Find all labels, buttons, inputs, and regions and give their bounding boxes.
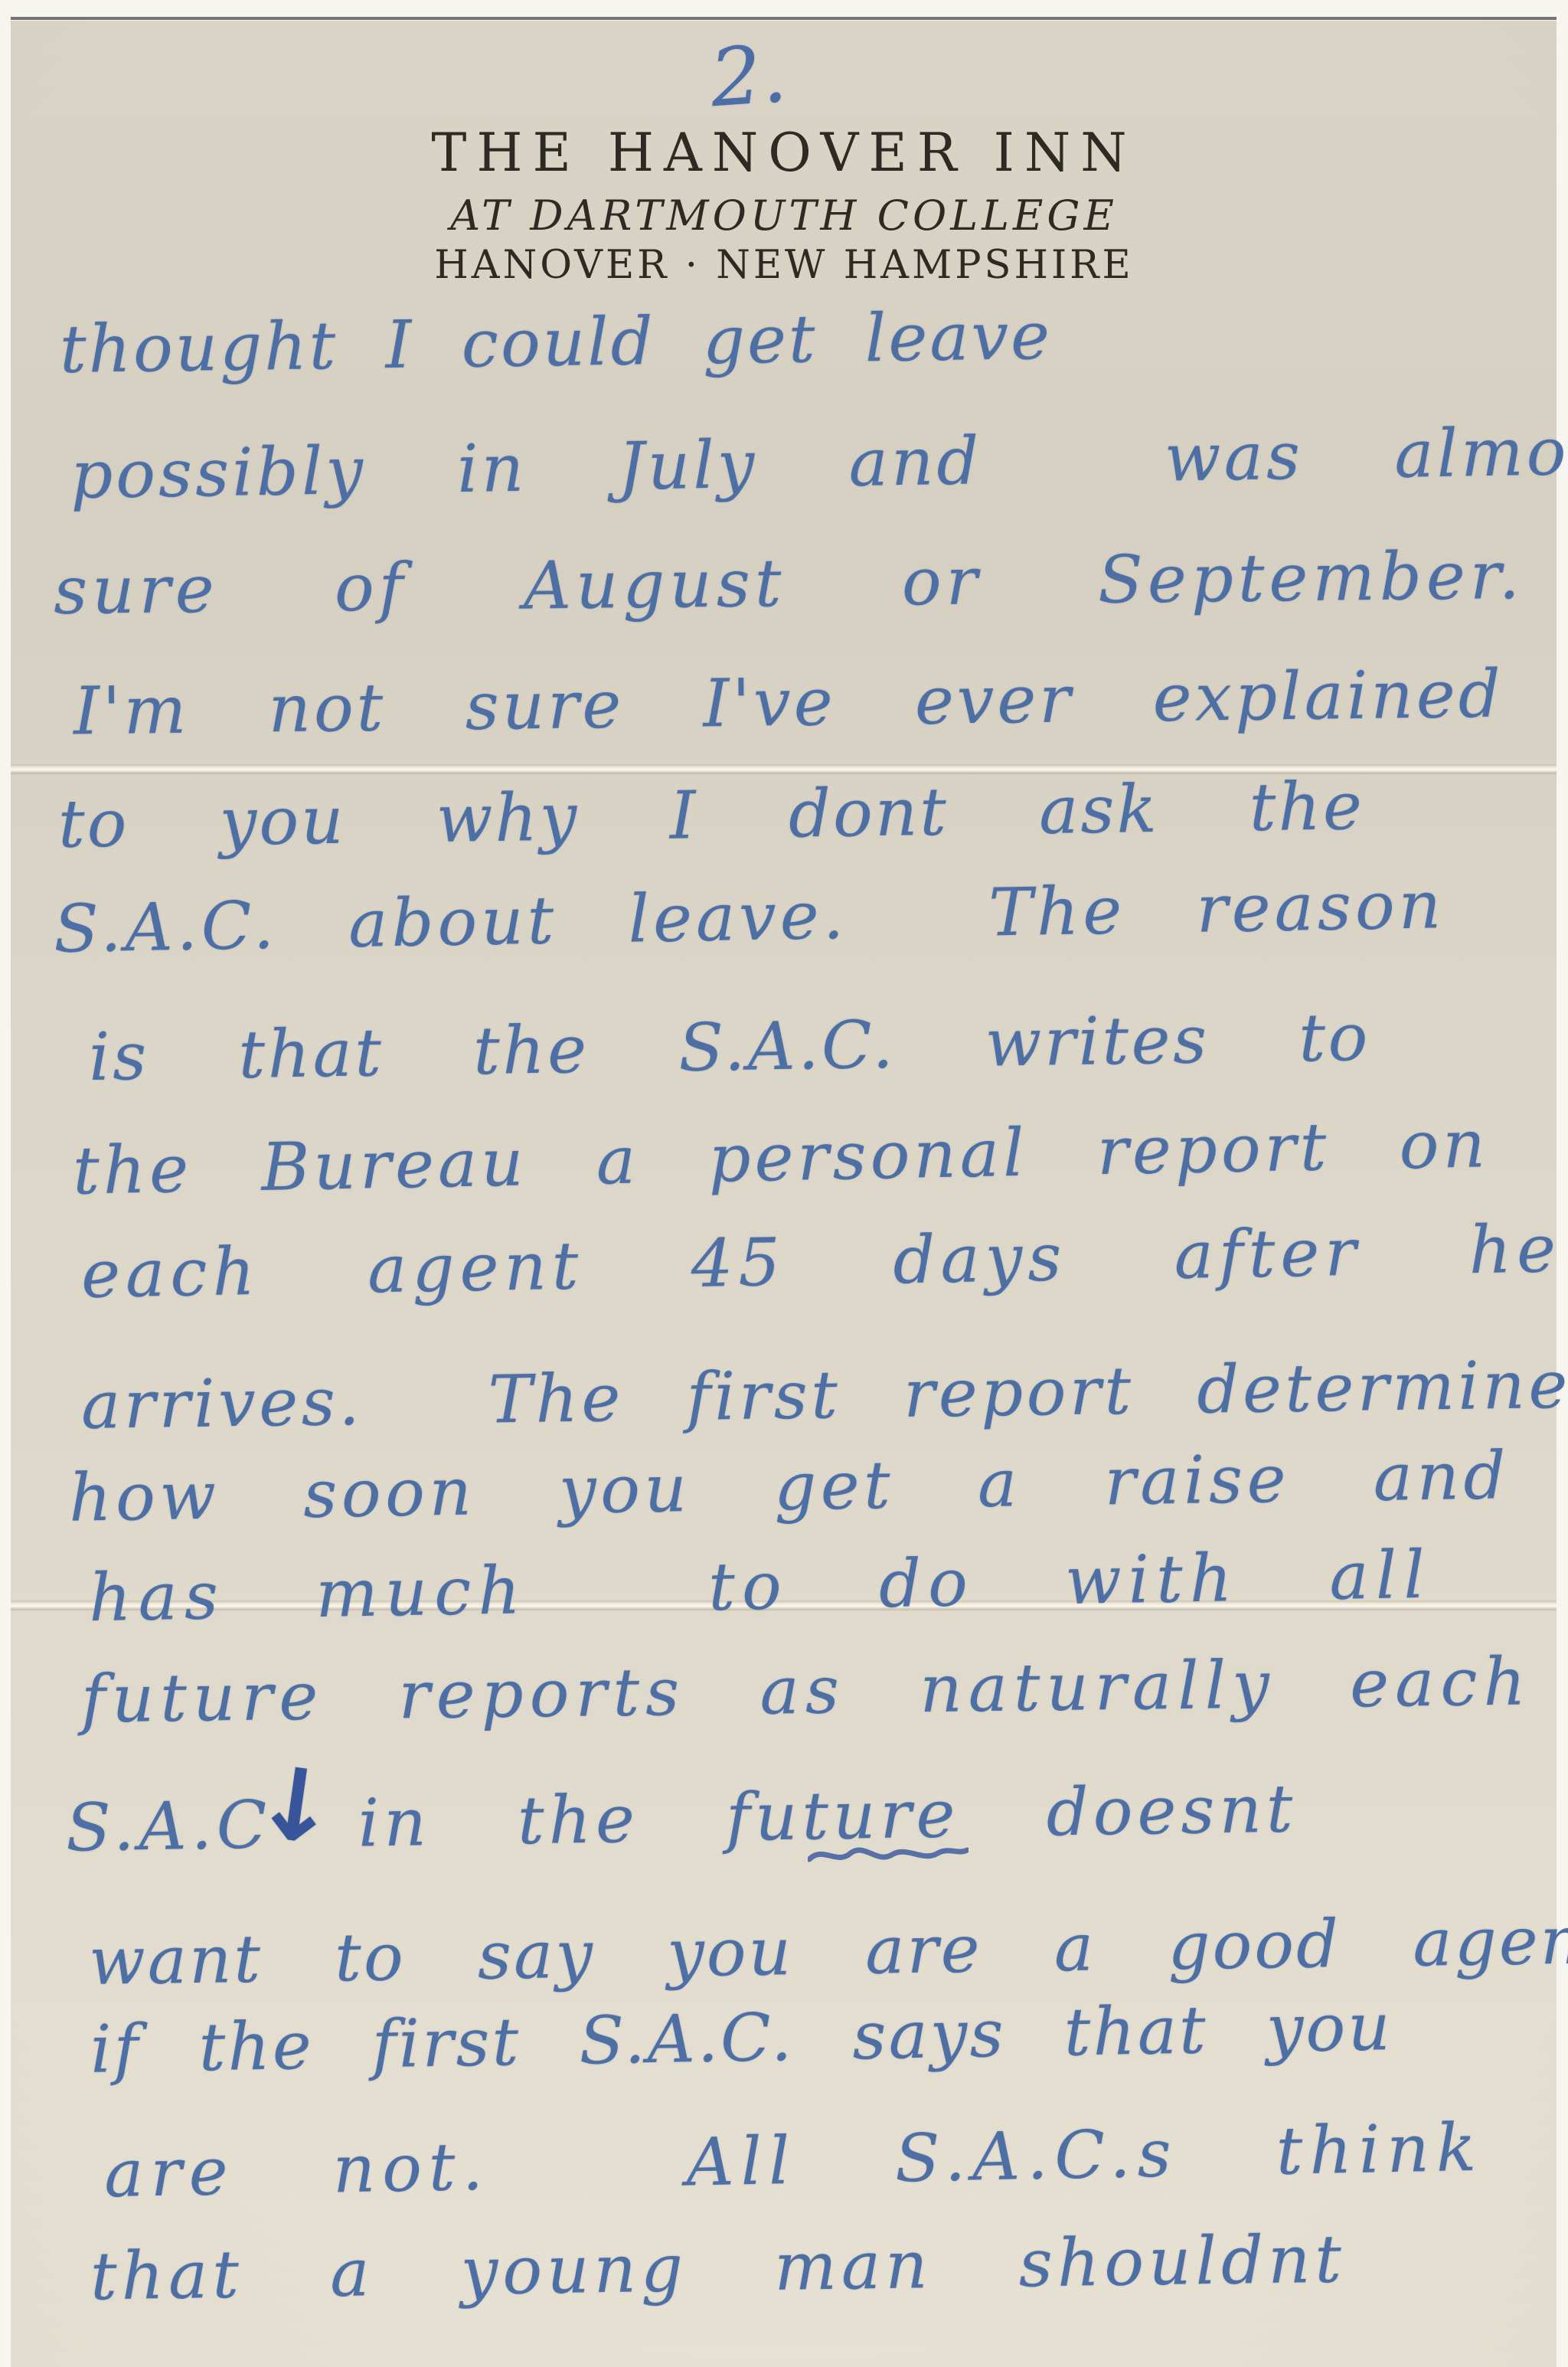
letterhead-city: HANOVER · NEW HAMPSHIRE	[0, 243, 1568, 288]
page-number: 2.	[707, 27, 790, 126]
letterhead-college: AT DARTMOUTH COLLEGE	[0, 191, 1568, 240]
down-arrow-annotation-icon: ↓	[247, 1742, 345, 1869]
paper-top-edge	[11, 17, 1557, 20]
handwritten-line-01: thought I could get leave	[59, 298, 1052, 388]
handwritten-line-03: sure of August or September.	[54, 538, 1525, 629]
letterhead-name: THE HANOVER INN	[0, 123, 1568, 184]
strikethrough-scribble	[808, 1836, 969, 1872]
